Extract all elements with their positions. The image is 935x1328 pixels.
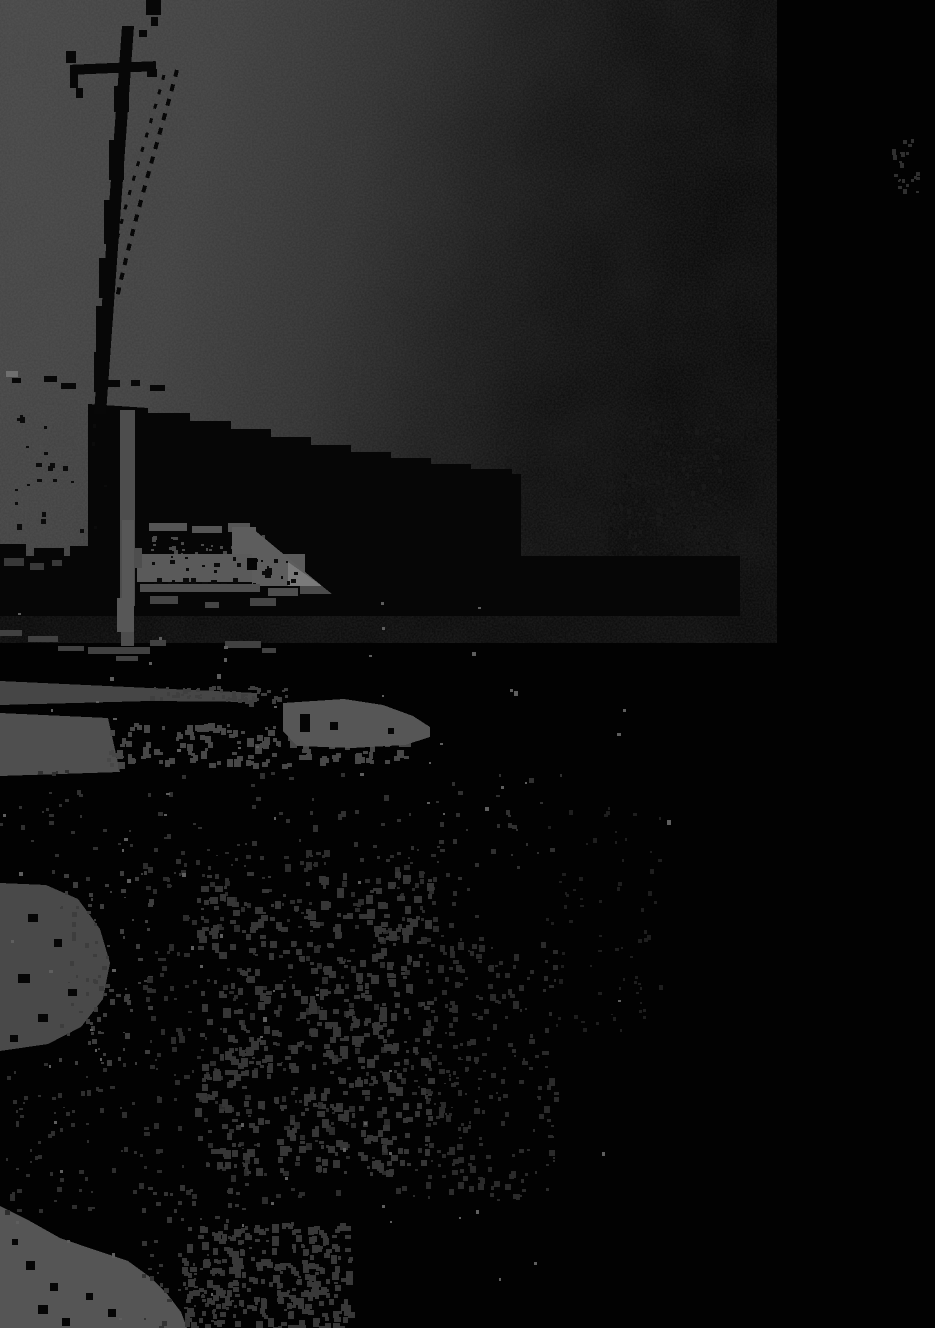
speckle — [289, 1063, 296, 1069]
speckle — [164, 1192, 168, 1196]
speckle — [197, 689, 200, 691]
pole-top-stub — [146, 0, 161, 15]
speckle — [212, 1268, 217, 1274]
speckle — [321, 877, 329, 885]
speckle — [207, 1254, 209, 1256]
speckle — [639, 447, 642, 449]
speckle — [499, 961, 503, 965]
speckle — [441, 935, 444, 937]
speckle — [468, 1163, 472, 1166]
speckle — [225, 1301, 232, 1306]
speckle — [369, 655, 372, 657]
speckle — [217, 761, 221, 765]
speckle — [195, 1108, 202, 1117]
speckle — [299, 1100, 302, 1103]
speckle — [338, 1256, 341, 1260]
pole-dot — [139, 30, 147, 37]
speckle — [397, 1073, 402, 1079]
speckle — [182, 873, 186, 877]
speckle — [225, 1070, 232, 1075]
speckle — [451, 1107, 453, 1108]
speckle — [214, 1321, 219, 1325]
speckle — [15, 502, 18, 505]
speckle — [343, 1148, 346, 1152]
speckle — [214, 1233, 221, 1241]
speckle — [279, 812, 283, 815]
speckle — [622, 479, 624, 481]
speckle — [618, 450, 621, 453]
speckle — [444, 1083, 446, 1084]
speckle — [479, 1143, 483, 1146]
speckle — [185, 557, 188, 559]
speckle — [582, 523, 584, 524]
speckle — [211, 545, 213, 547]
speckle — [210, 882, 215, 887]
speckle — [395, 1003, 400, 1008]
speckle — [256, 746, 259, 748]
speckle — [668, 476, 671, 480]
speckle — [200, 735, 205, 740]
speckle — [243, 1053, 248, 1056]
speckle — [660, 389, 663, 391]
speckle — [426, 1020, 431, 1026]
speckle — [261, 1304, 267, 1309]
speckle — [174, 1098, 177, 1101]
speckle — [60, 1178, 64, 1182]
speckle — [60, 1170, 63, 1173]
horizon-light-pocket — [4, 558, 24, 566]
speckle — [194, 1273, 197, 1275]
speckle — [593, 838, 597, 843]
speckle — [220, 894, 226, 901]
speckle — [434, 1103, 436, 1105]
speckle — [373, 944, 376, 948]
speckle — [623, 978, 625, 981]
speckle — [42, 811, 44, 813]
speckle — [244, 865, 246, 867]
speckle — [196, 860, 200, 865]
speckle — [463, 1176, 468, 1181]
speckle — [476, 954, 482, 959]
speckle — [903, 189, 907, 194]
speckle — [664, 431, 666, 433]
speckle — [314, 862, 318, 867]
speckle — [343, 1317, 348, 1323]
speckle — [184, 689, 188, 693]
speckle — [217, 686, 221, 690]
speckle — [365, 1096, 370, 1101]
speckle — [249, 700, 254, 707]
speckle — [458, 1182, 464, 1189]
speckle — [297, 1279, 302, 1285]
speckle — [291, 1305, 296, 1308]
speckle — [266, 991, 272, 995]
speckle — [306, 856, 309, 858]
speckle — [309, 1003, 317, 1014]
speckle — [262, 1059, 267, 1063]
speckle — [422, 872, 425, 874]
speckle — [456, 813, 460, 817]
speckle — [132, 1102, 135, 1105]
speckle — [193, 755, 198, 761]
speckle — [299, 1298, 304, 1305]
speckle — [11, 940, 14, 943]
speckle — [81, 1091, 85, 1096]
van-trim-row — [140, 584, 260, 592]
speckle — [382, 928, 386, 932]
speckle — [181, 1218, 184, 1221]
speckle — [551, 922, 554, 925]
speckle — [709, 414, 713, 417]
speckle — [347, 1067, 351, 1070]
speckle — [294, 906, 299, 911]
speckle — [475, 1100, 478, 1103]
speckle — [231, 1175, 236, 1182]
speckle — [388, 979, 394, 983]
speckle — [469, 1121, 471, 1124]
speckle — [225, 881, 230, 886]
speckle — [188, 1011, 192, 1013]
speckle — [404, 1149, 409, 1154]
speckle — [31, 840, 34, 842]
speckle — [186, 1299, 191, 1303]
speckle — [310, 996, 315, 1001]
speckle — [297, 899, 302, 903]
speckle — [514, 691, 518, 696]
speckle — [202, 927, 209, 931]
speckle — [381, 602, 384, 605]
speckle — [30, 1161, 32, 1163]
speckle — [478, 1183, 484, 1190]
speckle — [101, 1062, 104, 1064]
speckle — [227, 730, 232, 733]
speckle — [227, 968, 230, 971]
speckle — [282, 690, 285, 692]
speckle — [292, 1288, 296, 1291]
speckle — [659, 817, 661, 820]
speckle — [129, 830, 131, 832]
speckle — [618, 1000, 621, 1002]
speckle — [86, 992, 89, 996]
speckle — [397, 852, 401, 855]
speckle — [293, 1249, 296, 1253]
speckle — [116, 994, 121, 997]
curb-line-segment — [88, 647, 150, 654]
speckle — [243, 1309, 247, 1314]
speckle — [247, 903, 251, 908]
speckle — [725, 512, 728, 514]
speckle — [485, 807, 489, 811]
speckle — [159, 760, 163, 764]
speckle — [240, 1250, 245, 1256]
speckle — [706, 527, 709, 530]
speckle — [283, 1068, 286, 1071]
speckle — [373, 1080, 378, 1084]
speckle — [223, 1008, 231, 1018]
speckle — [230, 1057, 236, 1061]
speckle — [98, 975, 101, 978]
speckle — [311, 1029, 318, 1037]
speckle — [148, 1268, 152, 1270]
speckle — [647, 428, 650, 430]
speckle — [124, 838, 128, 841]
speckle — [152, 562, 155, 565]
speckle — [596, 520, 600, 525]
speckle — [517, 461, 520, 464]
speckle — [425, 1149, 430, 1156]
speckle — [382, 903, 388, 909]
speckle — [397, 936, 400, 940]
speckle — [394, 756, 400, 761]
speckle — [677, 513, 679, 515]
speckle — [214, 1259, 218, 1263]
speckle — [15, 489, 18, 491]
speckle — [501, 1079, 505, 1084]
speckle — [223, 985, 228, 990]
speckle — [580, 496, 583, 500]
speckle — [160, 697, 163, 701]
speckle — [144, 1166, 147, 1169]
speckle — [202, 1004, 208, 1012]
speckle — [403, 1068, 407, 1072]
speckle — [107, 758, 111, 762]
speckle — [19, 806, 22, 809]
speckle — [151, 549, 154, 551]
speckle — [503, 1094, 508, 1098]
speckle — [384, 795, 389, 801]
speckle — [649, 417, 651, 420]
speckle — [290, 1135, 296, 1141]
speckle — [18, 613, 21, 615]
speckle — [685, 528, 687, 529]
speckle — [659, 985, 663, 990]
speckle — [257, 1264, 263, 1271]
speckle — [90, 1022, 93, 1025]
speckle — [396, 1087, 403, 1096]
speckle — [63, 1107, 65, 1108]
speckle — [460, 938, 462, 941]
speckle — [176, 737, 179, 741]
speckle — [564, 470, 566, 472]
speckle — [437, 1150, 441, 1153]
speckle — [44, 1063, 48, 1066]
speckle — [154, 891, 156, 894]
speckle — [281, 993, 286, 998]
speckle — [141, 756, 144, 759]
speckle — [432, 1055, 437, 1061]
speckle — [19, 1108, 23, 1110]
speckle — [319, 1230, 324, 1235]
speckle — [245, 1183, 249, 1186]
speckle — [93, 424, 96, 428]
speckle — [417, 1103, 422, 1109]
speckle — [512, 1049, 516, 1053]
speckle — [127, 1000, 131, 1005]
speckle — [246, 1109, 252, 1114]
speckle — [284, 1126, 290, 1130]
speckle — [164, 1288, 169, 1293]
speckle — [277, 1283, 283, 1288]
speckle — [337, 989, 344, 994]
speckle — [502, 994, 506, 999]
speckle — [258, 1263, 261, 1265]
speckle — [529, 778, 534, 783]
speckle — [244, 1029, 247, 1031]
speckle — [167, 1299, 172, 1302]
speckle — [237, 563, 241, 567]
speckle — [142, 1241, 147, 1246]
speckle — [387, 1030, 391, 1033]
speckle — [534, 1262, 537, 1265]
speckle — [329, 1299, 334, 1305]
pavement-hole — [38, 1014, 48, 1022]
speckle — [588, 424, 590, 426]
van-lower-bit — [250, 598, 276, 606]
speckle — [14, 1071, 16, 1074]
speckle — [288, 965, 293, 969]
speckle — [703, 429, 705, 431]
speckle — [310, 1092, 314, 1095]
speckle — [566, 426, 569, 430]
speckle — [204, 1290, 207, 1294]
speckle — [583, 1028, 587, 1032]
speckle — [150, 1040, 152, 1043]
speckle — [289, 976, 292, 978]
speckle — [189, 1284, 192, 1287]
speckle — [215, 874, 219, 879]
speckle — [542, 1051, 546, 1055]
speckle — [654, 901, 657, 904]
highlight-strip-foot — [121, 632, 134, 646]
speckle — [569, 920, 573, 923]
speckle — [273, 1042, 277, 1045]
speckle — [64, 874, 69, 878]
speckle — [574, 1015, 578, 1019]
speckle — [242, 1148, 244, 1149]
speckle — [491, 849, 496, 854]
speckle — [901, 152, 905, 157]
speckle — [60, 1128, 63, 1132]
speckle — [110, 730, 115, 736]
speckle — [178, 1289, 181, 1291]
speckle — [242, 1208, 246, 1210]
speckle — [202, 565, 205, 567]
speckle — [359, 757, 365, 763]
speckle — [262, 571, 265, 575]
speckle — [549, 1078, 555, 1086]
speckle — [241, 1071, 248, 1076]
speckle — [322, 1104, 326, 1109]
speckle — [490, 994, 496, 1001]
speckle — [154, 1240, 158, 1243]
speckle — [202, 1064, 209, 1071]
speckle — [226, 1219, 229, 1223]
speckle — [80, 529, 84, 533]
speckle — [428, 1026, 434, 1031]
speckle — [349, 1003, 354, 1008]
speckle — [580, 547, 582, 550]
speckle — [54, 1121, 57, 1124]
speckle — [201, 544, 204, 546]
speckle — [677, 431, 679, 433]
speckle — [332, 755, 337, 759]
speckle — [333, 1009, 339, 1014]
speckle — [101, 1032, 104, 1034]
speckle — [574, 523, 577, 526]
speckle — [316, 852, 321, 855]
speckle — [183, 578, 189, 583]
speckle — [242, 1283, 246, 1288]
speckle — [310, 962, 314, 965]
speckle — [278, 743, 281, 747]
speckle — [389, 1152, 392, 1155]
speckle — [476, 1210, 479, 1214]
pole-mast-blob — [99, 258, 112, 298]
speckle — [181, 694, 184, 696]
speckle — [707, 427, 709, 429]
speckle — [220, 1312, 226, 1317]
speckle — [299, 1146, 306, 1153]
speckle — [414, 1080, 418, 1082]
speckle — [278, 1157, 283, 1163]
speckle — [639, 551, 642, 555]
speckle — [367, 1059, 375, 1068]
speckle — [534, 515, 537, 519]
speckle — [533, 432, 535, 435]
speckle — [586, 530, 589, 534]
speckle — [639, 530, 642, 534]
speckle — [361, 1155, 368, 1161]
speckle — [302, 1260, 306, 1264]
speckle — [169, 944, 174, 951]
speckle — [277, 1063, 282, 1066]
speckle — [264, 1173, 267, 1176]
speckle — [549, 985, 554, 988]
speckle — [168, 582, 171, 584]
speckle — [576, 456, 578, 458]
speckle — [120, 871, 124, 876]
speckle — [120, 1107, 122, 1109]
speckle — [544, 540, 547, 544]
speckle — [143, 747, 149, 756]
speckle — [272, 1238, 279, 1246]
speckle — [402, 917, 405, 921]
speckle — [271, 772, 275, 775]
speckle — [42, 512, 46, 517]
speckle — [16, 1110, 18, 1113]
speckle — [258, 1101, 265, 1109]
speckle — [456, 1077, 459, 1079]
speckle — [365, 879, 370, 883]
speckle — [570, 483, 574, 487]
speckle — [623, 503, 625, 506]
pavement-hole — [54, 939, 62, 947]
speckle — [450, 951, 455, 958]
speckle — [395, 867, 400, 872]
speckle — [326, 1293, 330, 1298]
speckle — [346, 1014, 349, 1018]
speckle — [355, 1080, 363, 1087]
speckle — [138, 982, 141, 984]
speckle — [460, 1043, 463, 1046]
speckle — [242, 1272, 246, 1278]
speckle — [105, 984, 110, 988]
speckle — [488, 966, 492, 971]
speckle — [656, 443, 659, 445]
speckle — [178, 1201, 182, 1205]
speckle — [254, 1158, 259, 1164]
speckle — [666, 452, 670, 455]
